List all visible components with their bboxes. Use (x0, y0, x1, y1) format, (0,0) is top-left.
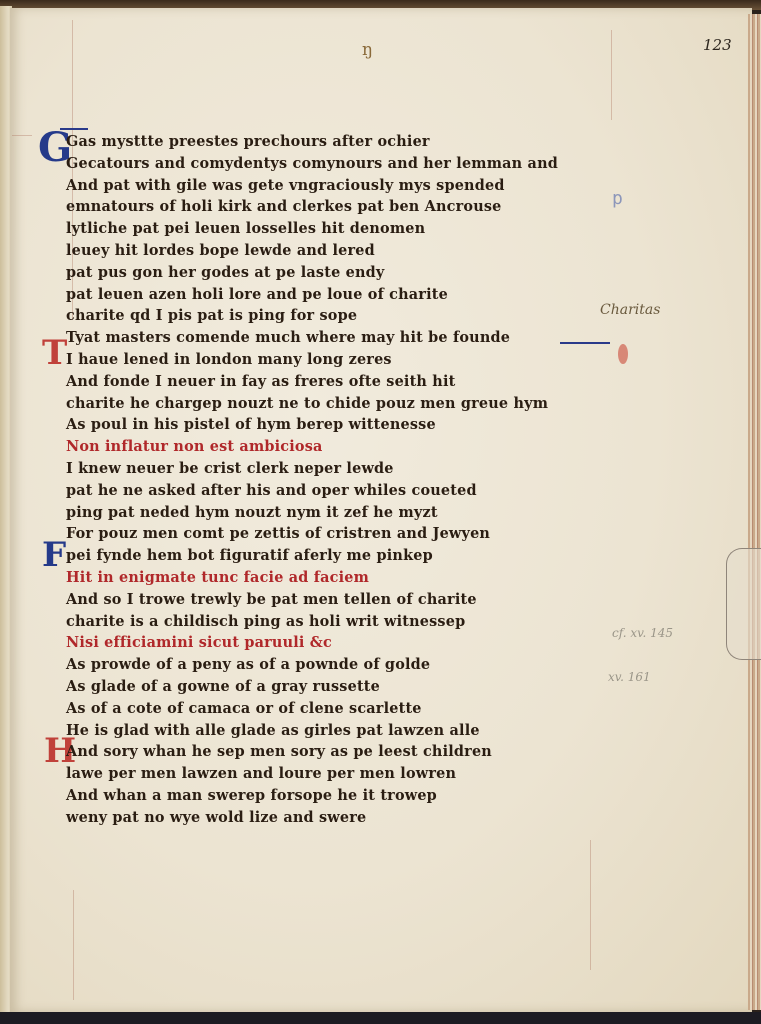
text-line: And so I trowe trewly be pat men tellen … (66, 589, 613, 611)
ruling-tick (12, 135, 32, 136)
text-line: Tyat masters comende much where may hit … (66, 327, 613, 349)
ruling-line-left-bottom (73, 890, 74, 1000)
text-line: And pat with gile was gete vngraciously … (66, 175, 613, 197)
initial-t-red: T (42, 333, 67, 373)
text-line: charite he chargep nouzt ne to chide pou… (66, 393, 613, 415)
text-line: He is glad with alle glade as girles pat… (66, 720, 613, 742)
text-line: Gas mysttte preestes prechours after och… (66, 131, 613, 153)
red-ink-blot (618, 344, 628, 364)
text-line: charite qd I pis pat is ping for sope (66, 305, 613, 327)
text-line: pei fynde hem bot figuratif aferly me pi… (66, 545, 613, 567)
text-line: pat pus gon her godes at pe laste endy (66, 262, 613, 284)
text-line: pat leuen azen holi lore and pe loue of … (66, 284, 613, 306)
text-line: ping pat neded hym nouzt nym it zef he m… (66, 502, 613, 524)
text-line: For pouz men comt pe zettis of cristren … (66, 523, 613, 545)
text-line: Gecatours and comydentys comynours and h… (66, 153, 613, 175)
main-text-column: Gas mysttte preestes prechours after och… (66, 131, 636, 829)
text-line: As prowde of a peny as of a pownde of go… (66, 654, 613, 676)
text-line: charite is a childisch ping as holi writ… (66, 611, 613, 633)
page-fore-edges (748, 14, 761, 1010)
text-line: As of a cote of camaca or of clene scarl… (66, 698, 613, 720)
ruling-line-right-bottom (590, 840, 591, 970)
folio-number: 123 (703, 36, 732, 54)
text-line: emnatours of holi kirk and clerkes pat b… (66, 196, 613, 218)
quire-signature-mark: ŋ (362, 40, 373, 60)
text-line: And whan a man swerep forsope he it trow… (66, 785, 613, 807)
pencil-cross-reference-1: cf. xv. 145 (612, 626, 673, 640)
guide-letter-mark: p (612, 188, 623, 209)
blue-penwork-flourish (560, 342, 610, 344)
rubric-line: Non inflatur non est ambiciosa (66, 436, 613, 458)
marginal-note-charitas: Charitas (600, 302, 660, 318)
text-line: As poul in his pistel of hym berep witte… (66, 414, 613, 436)
text-line: pat he ne asked after his and oper while… (66, 480, 613, 502)
text-line: leuey hit lordes bope lewde and lered (66, 240, 613, 262)
text-line: And sory whan he sep men sory as pe lees… (66, 741, 613, 763)
blue-initial-flourish (60, 128, 88, 130)
text-line: As glade of a gowne of a gray russette (66, 676, 613, 698)
book-bottom-edge (0, 1012, 761, 1024)
initial-f-blue: F (42, 535, 66, 575)
rubric-line: Hit in enigmate tunc facie ad faciem (66, 567, 613, 589)
text-line: And fonde I neuer in fay as freres ofte … (66, 371, 613, 393)
text-line: weny pat no wye wold lize and swere (66, 807, 613, 829)
text-line: I haue lened in london many long zeres (66, 349, 613, 371)
pencil-cross-reference-2: xv. 161 (608, 670, 651, 684)
text-line: I knew neuer be crist clerk neper lewde (66, 458, 613, 480)
page-tab-marker (726, 548, 761, 660)
rubric-line: Nisi efficiamini sicut paruuli &c (66, 632, 613, 654)
ruling-line-right-top (611, 30, 612, 120)
text-line: lawe per men lawzen and loure per men lo… (66, 763, 613, 785)
text-line: lytliche pat pei leuen losselles hit den… (66, 218, 613, 240)
